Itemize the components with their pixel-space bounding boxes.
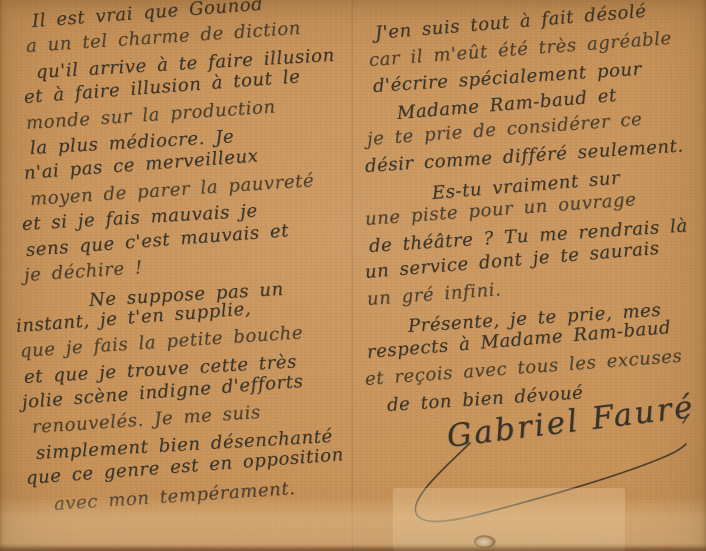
letter-scan: Il est vrai que Gounoda un tel charme de… [0, 0, 706, 551]
light-patch [393, 488, 625, 551]
center-fold-line [351, 0, 355, 551]
paper-blemish [474, 535, 496, 548]
